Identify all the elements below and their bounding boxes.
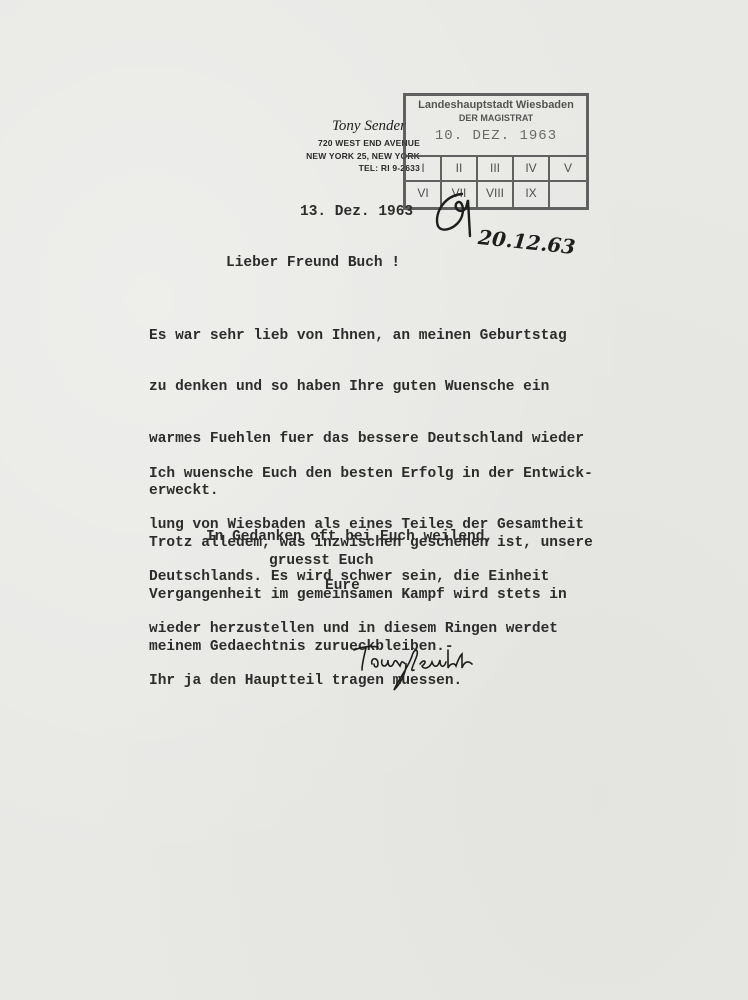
- stamp-cell: [550, 182, 586, 207]
- letter-date: 13. Dez. 1963: [300, 204, 413, 220]
- handwritten-received-date: 20.12.63: [477, 225, 576, 259]
- letterhead-name: Tony Sender: [290, 118, 406, 135]
- text-line: Deutschlands. Es wird schwer sein, die E…: [149, 569, 593, 586]
- stamp-cell: IV: [514, 157, 550, 182]
- stamp-cell: III: [478, 157, 514, 182]
- closing-line-2: gruesst Euch: [269, 553, 373, 569]
- handwritten-initials-mark: [432, 186, 482, 246]
- text-line: Ich wuensche Euch den besten Erfolg in d…: [149, 466, 593, 483]
- stamp-cell: II: [442, 157, 478, 182]
- stamp-cell: I: [406, 157, 442, 182]
- closing-line-3: Eure: [325, 578, 360, 594]
- letterhead: Tony Sender 720 WEST END AVENUE NEW YORK…: [290, 118, 420, 175]
- stamp-cell: VIII: [478, 182, 514, 207]
- receipt-stamp: Landeshauptstadt Wiesbaden DER MAGISTRAT…: [403, 93, 589, 210]
- letterhead-phone: TEL: RI 9-2633: [290, 162, 420, 175]
- stamp-cell: IX: [514, 182, 550, 207]
- stamp-date: 10. DEZ. 1963: [406, 128, 586, 144]
- text-line: zu denken und so haben Ihre guten Wuensc…: [149, 379, 593, 396]
- letter-page: Tony Sender 720 WEST END AVENUE NEW YORK…: [0, 0, 748, 1000]
- letterhead-address-line1: 720 WEST END AVENUE: [290, 137, 420, 150]
- stamp-cell: V: [550, 157, 586, 182]
- closing-line-1: In Gedanken oft bei Euch weilend,: [206, 529, 493, 545]
- signature: Tony Sender: [350, 634, 500, 694]
- stamp-subtitle: DER MAGISTRAT: [406, 113, 586, 123]
- stamp-title: Landeshauptstadt Wiesbaden: [406, 99, 586, 111]
- salutation: Lieber Freund Buch !: [226, 255, 400, 271]
- letterhead-address-line2: NEW YORK 25, NEW YORK: [290, 150, 420, 163]
- text-line: Es war sehr lieb von Ihnen, an meinen Ge…: [149, 328, 593, 345]
